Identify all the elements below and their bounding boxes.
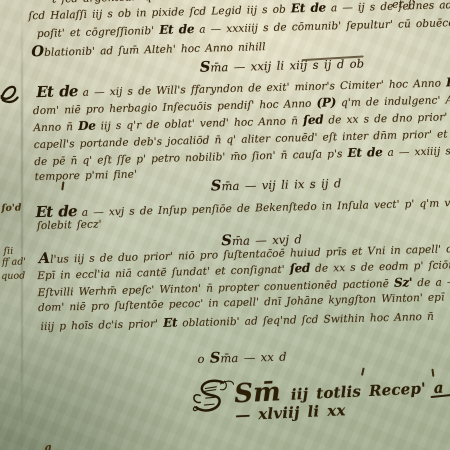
et-de-mark: Et de — [347, 145, 382, 160]
line-text: de xx s de dno prior' dīe diſſentiōe — [323, 109, 450, 126]
margin-note: quod — [1, 270, 25, 282]
line-text: de pē n̄ q' eſt ſſe p' petro nobilib' m̄… — [34, 148, 348, 168]
flourished-initial: S — [211, 177, 222, 194]
et-de-mark: Et de — [159, 22, 194, 37]
line-text: Anno n̄ — [33, 121, 78, 134]
summa-totalis-line: Sm̄ iij totlis Recep' a — xlviij li xx — [190, 364, 450, 423]
manuscript-line: tempore p'mi fine' — [34, 168, 137, 183]
bottom-edge-mark: a — [45, 441, 52, 450]
line-text: de xx s de eodm p' ſciōnē pecac' in cap' — [310, 257, 450, 275]
manuscript-photo: t ſcd argentear' q' dante n' et ſ' ſcd H… — [0, 0, 450, 450]
margin-note: ſii — [3, 246, 13, 257]
sed-mark: ſed — [303, 113, 324, 128]
manuscript-line: ſolebit ſecz' — [37, 218, 102, 232]
pen-tick — [61, 181, 64, 190]
sed-mark: Sz' — [394, 275, 413, 289]
line-text: iiij p hoīs dc'is prior' — [40, 318, 163, 333]
et-de-mark: Et de — [446, 74, 450, 89]
de-mark: De — [78, 119, 96, 133]
et-mark: Et — [163, 315, 177, 329]
flourished-initial: O — [31, 43, 44, 60]
line-text: tempore p'mi fine' — [34, 168, 137, 183]
et-de-mark: Et de — [291, 0, 326, 15]
et-de-mark: Et de — [36, 82, 78, 101]
summa-text: m̄a — xxij li xiij s ij d ob — [210, 56, 364, 74]
line-text: blationib' ad ſum̄ Alteh' hoc Anno nihil… — [44, 41, 266, 59]
line-text: de a — xx s p' ſ' — [412, 275, 450, 290]
manuscript-line: Oblationib' ad ſum̄ Alteh' hoc Anno nihi… — [31, 37, 266, 60]
summa-text: m̄a — vij li ix s ij d — [221, 176, 341, 193]
margin-note-text: ſo'd — [1, 203, 21, 215]
line-text: a — xxxiiij s de cōmunib' ſepultur' cū o… — [194, 15, 450, 36]
line-text: a — ij s de ſednes ad oſtulūd ſcd ochn' — [326, 0, 450, 14]
summa-text: m̄a — xx d — [220, 350, 287, 366]
margin-note-text: ff ad' — [2, 256, 26, 268]
summa-text: o — [197, 352, 210, 366]
line-text: poſit' et cōgreſſionib' — [37, 25, 160, 40]
cadel-flourish-icon — [190, 370, 235, 423]
summa-line: o Sm̄a — xx d — [197, 348, 287, 367]
margin-note-text: ſii — [3, 246, 13, 257]
flourished-initial: S — [210, 349, 221, 366]
manuscript-line: Et de a — xvj s de Inſup penſiōe de Beke… — [35, 189, 450, 221]
line-text: a — xxiiij s viij d en'ſ' de obu'e — [382, 142, 450, 159]
sed-mark: ſed — [290, 261, 311, 276]
manuscript-text-block: t ſcd argentear' q' dante n' et ſ' ſcd H… — [0, 0, 450, 450]
line-text: q'm de indulgenc' Aut de omib' ſ'coſte — [336, 91, 450, 109]
flourished-initial: A — [39, 250, 51, 267]
line-text: a — xvj s de Inſup penſiōe de Bekenſtedo… — [77, 194, 450, 219]
line-text: ſolebit ſecz' — [37, 218, 102, 232]
margin-note-text: quod — [1, 270, 25, 282]
margin-note: ſo'd — [1, 203, 21, 215]
line-text: oblationib' ad ſeq'nd ſcd Swithin hoc An… — [177, 311, 434, 330]
paraph-mark: (P) — [316, 95, 336, 110]
margin-note: ff ad' — [2, 256, 26, 268]
summa-line: Sm̄a — vij li ix s ij d — [211, 174, 342, 194]
flourished-initial: S — [200, 59, 211, 76]
margin-note-text: a — [45, 441, 52, 450]
margin-curl-mark — [0, 82, 21, 105]
